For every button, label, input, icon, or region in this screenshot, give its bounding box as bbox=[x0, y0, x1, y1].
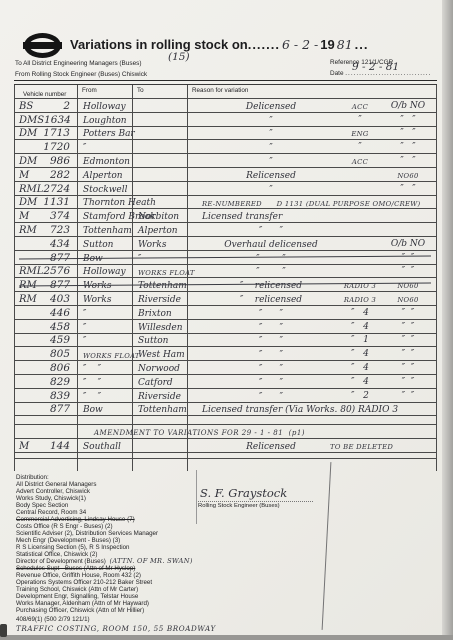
from-cell: ″ ″ bbox=[78, 361, 133, 375]
reason-code: RADIO 3 bbox=[330, 296, 390, 304]
table-row: 829 ″ ″ Catford ″ ″ ″ 4 ″ ″ bbox=[14, 375, 437, 389]
vehicle-cell: 829 bbox=[14, 375, 78, 389]
from-cell: Bow bbox=[78, 251, 133, 265]
reason-note: ″ ″ bbox=[382, 377, 434, 387]
blank-row bbox=[14, 416, 437, 425]
vehicle-type: M bbox=[19, 211, 29, 222]
reason-note: O/b NO bbox=[382, 101, 434, 111]
reason-note: ″ ″ bbox=[382, 322, 434, 332]
vehicle-number: 877 bbox=[50, 252, 70, 264]
reason-text: ″ bbox=[196, 143, 346, 153]
distribution-item: Revenue Office, Griffith House, Room 432… bbox=[16, 572, 193, 579]
reason-cell: ″ ″ ″ ″ bbox=[188, 140, 437, 154]
from-line: From Rolling Stock Engineer (Buses) Chis… bbox=[15, 71, 147, 78]
to-garage: Catford bbox=[138, 378, 173, 388]
reason-text: ″ bbox=[196, 185, 346, 195]
to-cell bbox=[133, 140, 188, 154]
reason-cell: RE-NUMBERED D 1131 (DUAL PURPOSE OMO/CRE… bbox=[188, 196, 437, 210]
to-cell bbox=[133, 196, 188, 210]
reason-text: ″ bbox=[196, 116, 346, 126]
handwritten-year: 81 bbox=[335, 37, 355, 52]
from-cell: Sutton bbox=[78, 237, 133, 251]
table-row: M 374 Stamford Brook Norbiton Licensed t… bbox=[14, 209, 437, 223]
from-garage: Alperton bbox=[83, 171, 123, 181]
table-row: 434 Sutton Works Overhaul delicensed O/b… bbox=[14, 237, 437, 251]
reason-text: ″ bbox=[196, 157, 346, 167]
table-row: M 282 Alperton Relicensed NO60 bbox=[14, 168, 437, 182]
reason-note: ″ ″ bbox=[382, 349, 434, 359]
reason-note: ″ ″ bbox=[382, 128, 434, 138]
fold-line bbox=[322, 462, 332, 630]
reason-text: ″ ″ bbox=[196, 254, 346, 264]
reason-cell: ″ ″ ″ bbox=[188, 182, 437, 196]
distribution-item-text: Mech Engr (Development - Buses) (3) bbox=[16, 537, 120, 544]
vehicle-cell: RM 403 bbox=[14, 292, 78, 306]
distribution-item: Scientific Adviser (2), Distribution Ser… bbox=[16, 530, 193, 537]
reason-text: ″ ″ bbox=[196, 226, 346, 236]
table-row: 446 ″ Brixton ″ ″ ″ 4 ″ ″ bbox=[14, 306, 437, 320]
reason-cell: ″ ENG ″ ″ bbox=[188, 127, 437, 141]
vehicle-number: 374 bbox=[50, 210, 70, 222]
reason-text: Delicensed bbox=[196, 102, 346, 112]
col-label-to: To bbox=[133, 85, 187, 94]
reason-cell: ″ ″ ″ ″ bbox=[188, 265, 437, 279]
header-cell-reason: Reason for variation bbox=[188, 85, 437, 99]
vehicle-cell: 877 bbox=[14, 403, 78, 417]
reason-code: ″ 4 bbox=[330, 322, 390, 332]
vehicle-cell: 839 bbox=[14, 389, 78, 403]
from-cell: Southall bbox=[78, 439, 133, 453]
table-row: DMS 1634 Loughton ″ ″ ″ ″ bbox=[14, 113, 437, 127]
signature-title: Rolling Stock Engineer (Buses) bbox=[198, 503, 280, 509]
vehicle-cell: 805 bbox=[14, 347, 78, 361]
signature-handwritten: S. F. Graystock bbox=[198, 486, 313, 502]
reason-text: Overhaul delicensed bbox=[196, 240, 346, 250]
vehicle-number: 805 bbox=[50, 348, 70, 360]
to-cell: Works bbox=[133, 237, 188, 251]
to-garage: Sutton bbox=[138, 336, 168, 346]
table-row: DM 986 Edmonton ″ ACC ″ ″ bbox=[14, 154, 437, 168]
vehicle-type: RM bbox=[19, 225, 37, 236]
reason-cell: Delicensed ACC O/b NO bbox=[188, 99, 437, 113]
distribution-item-text: Director of Development (Buses) bbox=[16, 558, 106, 565]
reason-text: ″ bbox=[196, 129, 346, 139]
form-code: 408/69(1) (500 2/79 121/1) bbox=[16, 616, 90, 623]
vehicle-cell: M 282 bbox=[14, 168, 78, 182]
amendment-heading: AMENDMENT TO VARIATIONS FOR 29 - 1 - 81 … bbox=[94, 429, 305, 437]
distribution-item-text: Costs Office (R S Engr - Buses) (2) bbox=[16, 523, 113, 530]
to-cell: ″ bbox=[133, 251, 188, 265]
from-garage: Holloway bbox=[83, 267, 126, 277]
distribution-item: Commercial Advertising, Lindsay House (7… bbox=[16, 516, 193, 523]
scan-smudge bbox=[0, 624, 7, 637]
to-cell: Catford bbox=[133, 375, 188, 389]
vehicle-number: 458 bbox=[50, 321, 70, 333]
reason-cell: ″ ″ bbox=[188, 223, 437, 237]
vehicle-cell: DMS 1634 bbox=[14, 113, 78, 127]
reason-text: ″ ″ bbox=[196, 309, 346, 319]
to-cell: Willesden bbox=[133, 320, 188, 334]
reason-note: ″ ″ bbox=[382, 266, 434, 276]
reason-cell: Overhaul delicensed O/b NO bbox=[188, 237, 437, 251]
from-cell: WORKS FLOAT bbox=[78, 347, 133, 361]
from-garage: Stockwell bbox=[83, 185, 127, 195]
to-garage: ″ bbox=[138, 254, 141, 264]
title-text: Variations in rolling stock on bbox=[70, 37, 248, 52]
reason-note: ″ ″ bbox=[382, 363, 434, 373]
distribution-item-text: All District General Managers bbox=[16, 481, 96, 488]
reason-note: ″ ″ bbox=[382, 115, 434, 125]
from-cell: Edmonton bbox=[78, 154, 133, 168]
reason-text: Licensed transfer bbox=[202, 212, 282, 222]
distribution-item-text: Works Study, Chiswick(1) bbox=[16, 495, 86, 502]
reason-code: ″ 4 bbox=[330, 363, 390, 373]
distribution-item-text: Commercial Advertising, Lindsay House (7… bbox=[16, 516, 135, 523]
from-garage: ″ ″ bbox=[83, 364, 101, 374]
distribution-item-text: Training School, Chiswick (Attn of Mr Ca… bbox=[16, 586, 138, 593]
roundel-bar bbox=[23, 42, 62, 49]
reason-text: ″ ″ bbox=[196, 336, 346, 346]
vehicle-number: 446 bbox=[50, 307, 70, 319]
to-cell: Riverside bbox=[133, 292, 188, 306]
to-cell: Norbiton bbox=[133, 209, 188, 223]
table-row: RM 723 Tottenham Alperton ″ ″ bbox=[14, 223, 437, 237]
from-cell: Works bbox=[78, 278, 133, 292]
table-row: BS 2 Holloway Delicensed ACC O/b NO bbox=[14, 99, 437, 113]
reason-cell: ″ ″ ″ ″ bbox=[188, 251, 437, 265]
table-row: RM 403 Works Riverside ″ relicensed RADI… bbox=[14, 292, 437, 306]
reason-text: ″ ″ bbox=[196, 323, 346, 333]
distribution-item-text: Revenue Office, Griffith House, Room 432… bbox=[16, 572, 141, 579]
from-garage: ″ ″ bbox=[83, 378, 101, 388]
reason-note: ″ ″ bbox=[382, 391, 434, 401]
from-cell: Works bbox=[78, 292, 133, 306]
scanned-form-page: Variations in rolling stock on.......6 -… bbox=[0, 0, 453, 640]
london-transport-roundel-logo bbox=[24, 33, 61, 58]
vehicle-number: 1634 bbox=[44, 114, 71, 126]
header-cell-to: To bbox=[133, 85, 188, 99]
reason-text: Relicensed bbox=[196, 171, 346, 181]
vehicle-type: RM bbox=[19, 294, 37, 305]
header-cell-vehicle: Vehicle number bbox=[14, 85, 78, 99]
handwritten-day-month: 6 - 2 - bbox=[280, 37, 320, 52]
to-cell bbox=[133, 99, 188, 113]
vehicle-cell: RM 877 bbox=[14, 278, 78, 292]
vehicle-cell: 877 bbox=[14, 251, 78, 265]
from-garage: ″ ″ bbox=[83, 392, 101, 402]
table-rows: BS 2 Holloway Delicensed ACC O/b NO DMS … bbox=[14, 99, 437, 416]
fold-line bbox=[196, 470, 197, 524]
vehicle-number: 434 bbox=[50, 238, 70, 250]
from-cell: ″ ″ bbox=[78, 375, 133, 389]
vehicle-number: 806 bbox=[50, 362, 70, 374]
distribution-item-text: Advert Controller, Chiswick bbox=[16, 488, 90, 495]
from-garage: Loughton bbox=[83, 116, 127, 126]
from-cell: ″ ″ bbox=[78, 389, 133, 403]
vehicle-number: 723 bbox=[50, 224, 70, 236]
to-garage: Alperton bbox=[138, 226, 178, 236]
vehicle-type: RML bbox=[19, 266, 43, 277]
to-garage: Tottenham bbox=[138, 405, 187, 415]
from-cell: Bow bbox=[78, 403, 133, 417]
reason-text: ″ ″ bbox=[196, 267, 346, 277]
vehicle-number: 2724 bbox=[43, 183, 70, 195]
distribution-item: Central Record, Room 34 bbox=[16, 509, 193, 516]
vehicle-type: DM bbox=[19, 128, 37, 139]
table-row: RML 2576 Holloway WORKS FLOAT ″ ″ ″ ″ bbox=[14, 265, 437, 279]
to-garage: Norbiton bbox=[138, 212, 179, 222]
vehicle-cell: DM 1713 bbox=[14, 127, 78, 141]
to-cell: Tottenham bbox=[133, 278, 188, 292]
from-garage: Works bbox=[83, 281, 111, 291]
vehicle-number: 2 bbox=[63, 100, 70, 112]
from-garage: Holloway bbox=[83, 102, 126, 112]
reason-text: ″ ″ bbox=[196, 378, 346, 388]
distribution-item-text: Statistical Office, Chiswick (2) bbox=[16, 551, 97, 558]
to-cell bbox=[133, 439, 188, 453]
col-label-vehicle: Vehicle number bbox=[19, 89, 66, 98]
variations-table: Vehicle number From To Reason for variat… bbox=[14, 84, 437, 471]
vehicle-type: DMS bbox=[19, 115, 44, 126]
to-garage: Riverside bbox=[138, 392, 181, 402]
from-cell: Holloway bbox=[78, 99, 133, 113]
distribution-item-text: Scientific Adviser (2), Distribution Ser… bbox=[16, 530, 158, 537]
from-cell: ″ bbox=[78, 320, 133, 334]
distribution-item: Body Spec Section bbox=[16, 502, 193, 509]
vehicle-cell: M 144 bbox=[14, 439, 78, 453]
reason-text: RE-NUMBERED D 1131 (DUAL PURPOSE OMO/CRE… bbox=[202, 200, 421, 208]
table-row: RM 877 Works Tottenham ″ relicensed RADI… bbox=[14, 278, 437, 292]
reason-code: ″ 4 bbox=[330, 377, 390, 387]
from-garage: Bow bbox=[83, 254, 103, 264]
reason-code: ″ 2 bbox=[330, 391, 390, 401]
date-label: Date bbox=[330, 70, 344, 77]
reason-cell: ″ ″ ″ 4 ″ ″ bbox=[188, 320, 437, 334]
vehicle-type: M bbox=[19, 441, 29, 452]
amendment-heading-row: AMENDMENT TO VARIATIONS FOR 29 - 1 - 81 … bbox=[14, 425, 437, 439]
reason-code: ″ bbox=[330, 115, 390, 125]
amendment-row-host: M 144 Southall Relicensed TO BE DELETED bbox=[14, 439, 437, 453]
handwritten-copy-count: (15) bbox=[168, 51, 190, 63]
table-header-row: Vehicle number From To Reason for variat… bbox=[14, 85, 437, 99]
reason-code: ″ 4 bbox=[330, 349, 390, 359]
vehicle-number: 1131 bbox=[43, 196, 70, 208]
vehicle-number: 839 bbox=[50, 390, 70, 402]
from-garage: ″ bbox=[83, 143, 86, 153]
reason-cell: ″ ″ ″ 2 ″ ″ bbox=[188, 389, 437, 403]
to-garage: Brixton bbox=[138, 309, 172, 319]
scan-edge-right bbox=[442, 0, 453, 640]
table-row: 877 Bow Tottenham Licensed transfer (Via… bbox=[14, 403, 437, 417]
from-garage: Bow bbox=[83, 405, 103, 415]
reason-note: ″ ″ bbox=[382, 253, 434, 263]
vehicle-number: 1713 bbox=[43, 127, 70, 139]
to-cell: Norwood bbox=[133, 361, 188, 375]
distribution-item: All District General Managers bbox=[16, 481, 193, 488]
distribution-item: Training School, Chiswick (Attn of Mr Ca… bbox=[16, 586, 193, 593]
title-dots-right: ... bbox=[355, 37, 369, 52]
from-cell: Tottenham bbox=[78, 223, 133, 237]
distribution-block: Distribution: All District General Manag… bbox=[16, 474, 193, 614]
distribution-item-text: R S Licensing Section (5), R S Inspectio… bbox=[16, 544, 130, 551]
distribution-heading: Distribution: bbox=[16, 474, 193, 481]
vehicle-number: 2576 bbox=[43, 265, 70, 277]
reason-cell: Licensed transfer bbox=[188, 209, 437, 223]
from-garage: Potters Bar bbox=[83, 129, 135, 139]
col-label-from: From bbox=[78, 85, 132, 94]
reason-note: ″ ″ bbox=[382, 142, 434, 152]
table-row: DM 1713 Potters Bar ″ ENG ″ ″ bbox=[14, 127, 437, 141]
to-garage: Works bbox=[138, 240, 166, 250]
reason-code: ACC bbox=[330, 103, 390, 111]
to-garage: Riverside bbox=[138, 295, 181, 305]
reason-cell: ″ ACC ″ ″ bbox=[188, 154, 437, 168]
distribution-item-text: Schedules Supt - Buses (Attn of Mr Hyslo… bbox=[16, 565, 135, 572]
distribution-item-text: Operations Systems Officer 210-212 Baker… bbox=[16, 579, 152, 586]
from-cell: ″ bbox=[78, 140, 133, 154]
header-cell-from: From bbox=[78, 85, 133, 99]
from-cell: Stockwell bbox=[78, 182, 133, 196]
to-cell: Alperton bbox=[133, 223, 188, 237]
vehicle-cell: DM 1131 bbox=[14, 196, 78, 210]
from-cell: Stamford Brook bbox=[78, 209, 133, 223]
to-garage: West Ham bbox=[138, 350, 185, 360]
from-garage: Sutton bbox=[83, 240, 113, 250]
vehicle-number: 986 bbox=[50, 155, 70, 167]
table-row: 458 ″ Willesden ″ ″ ″ 4 ″ ″ bbox=[14, 320, 437, 334]
distribution-item: Costs Office (R S Engr - Buses) (2) bbox=[16, 523, 193, 530]
scan-edge-bottom bbox=[0, 635, 453, 640]
handwritten-attn-note: (ATTN. OF MR. SWAN) bbox=[110, 557, 193, 565]
from-garage: ″ bbox=[83, 323, 86, 333]
distribution-item-text: Development Engr, Signalling, Telstar Ho… bbox=[16, 593, 138, 600]
distribution-item: Advert Controller, Chiswick bbox=[16, 488, 193, 495]
to-cell: Riverside bbox=[133, 389, 188, 403]
from-cell: ″ bbox=[78, 334, 133, 348]
reason-note: ″ ″ bbox=[382, 184, 434, 194]
reason-cell: ″ ″ ″ 4 ″ ″ bbox=[188, 306, 437, 320]
to-cell: Sutton bbox=[133, 334, 188, 348]
reason-text: Licensed transfer (Via Works. 80) RADIO … bbox=[202, 405, 398, 415]
distribution-item: Operations Systems Officer 210-212 Baker… bbox=[16, 579, 193, 586]
reason-cell: ″ ″ ″ 4 ″ ″ bbox=[188, 347, 437, 361]
distribution-item-text: Central Record, Room 34 bbox=[16, 509, 86, 516]
table-row: 877 Bow ″ ″ ″ ″ ″ bbox=[14, 251, 437, 265]
vehicle-type: RM bbox=[19, 280, 37, 291]
from-cell: Loughton bbox=[78, 113, 133, 127]
vehicle-cell: BS 2 bbox=[14, 99, 78, 113]
title-year-printed: 19 bbox=[320, 37, 334, 52]
to-cell bbox=[133, 168, 188, 182]
distribution-item: Mech Engr (Development - Buses) (3) bbox=[16, 537, 193, 544]
table-row: 459 ″ Sutton ″ ″ ″ 1 ″ ″ bbox=[14, 334, 437, 348]
reason-cell: ″ ″ ″ 4 ″ ″ bbox=[188, 375, 437, 389]
vehicle-cell: RML 2576 bbox=[14, 265, 78, 279]
title-dots: ....... bbox=[248, 37, 280, 52]
reason-text: ″ ″ bbox=[196, 350, 346, 360]
reason-note: ″ ″ bbox=[382, 335, 434, 345]
vehicle-number: 144 bbox=[50, 440, 70, 452]
distribution-item: R S Licensing Section (5), R S Inspectio… bbox=[16, 544, 193, 551]
from-garage: Southall bbox=[83, 442, 121, 452]
to-cell bbox=[133, 113, 188, 127]
from-cell: Potters Bar bbox=[78, 127, 133, 141]
vehicle-number: 459 bbox=[50, 334, 70, 346]
handwritten-footer-note: TRAFFIC COSTING, ROOM 150, 55 BROADWAY bbox=[16, 624, 216, 633]
handwritten-date: 9 - 2 - 81 bbox=[352, 61, 399, 73]
distribution-list: All District General Managers Advert Con… bbox=[16, 481, 193, 614]
vehicle-cell: 446 bbox=[14, 306, 78, 320]
table-row: 1720 ″ ″ ″ ″ ″ bbox=[14, 140, 437, 154]
vehicle-type: RML bbox=[19, 184, 43, 195]
reason-code: ACC bbox=[330, 158, 390, 166]
vehicle-type: DM bbox=[19, 197, 37, 208]
table-row: RML 2724 Stockwell ″ ″ ″ bbox=[14, 182, 437, 196]
to-cell: West Ham bbox=[133, 347, 188, 361]
distribution-item-text: Works Manager, Aldenham (Attn of Mr Hayw… bbox=[16, 600, 149, 607]
table-row: 805 WORKS FLOAT West Ham ″ ″ ″ 4 ″ ″ bbox=[14, 347, 437, 361]
to-cell bbox=[133, 127, 188, 141]
vehicle-cell: DM 986 bbox=[14, 154, 78, 168]
reason-note: O/b NO bbox=[382, 239, 434, 249]
reason-text: ″ ″ bbox=[196, 364, 346, 374]
from-cell: Alperton bbox=[78, 168, 133, 182]
to-garage: Tottenham bbox=[138, 281, 187, 291]
reason-cell: ″ relicensed RADIO 3 NO60 bbox=[188, 278, 437, 292]
distribution-item-text: Purchasing Officer, Chiswick (Attn of Mr… bbox=[16, 607, 144, 614]
from-cell: ″ bbox=[78, 306, 133, 320]
from-garage: WORKS FLOAT bbox=[83, 352, 140, 360]
reason-cell: ″ ″ ″ ″ bbox=[188, 113, 437, 127]
vehicle-type: DM bbox=[19, 156, 37, 167]
table-row: DM 1131 Thornton Heath RE-NUMBERED D 113… bbox=[14, 196, 437, 210]
reason-cell: Licensed transfer (Via Works. 80) RADIO … bbox=[188, 403, 437, 417]
reason-cell: Relicensed TO BE DELETED bbox=[188, 439, 437, 453]
vehicle-number: 282 bbox=[50, 169, 70, 181]
distribution-item: Schedules Supt - Buses (Attn of Mr Hyslo… bbox=[16, 565, 193, 572]
reason-cell: Relicensed NO60 bbox=[188, 168, 437, 182]
table-row: 839 ″ ″ Riverside ″ ″ ″ 2 ″ ″ bbox=[14, 389, 437, 403]
vehicle-cell: 458 bbox=[14, 320, 78, 334]
vehicle-type: BS bbox=[19, 101, 33, 112]
distribution-item-text: Body Spec Section bbox=[16, 502, 68, 509]
reason-note: NO60 bbox=[382, 282, 434, 290]
reason-code: TO BE DELETED bbox=[330, 443, 393, 451]
reason-code: ″ 1 bbox=[330, 335, 390, 345]
vehicle-cell: 434 bbox=[14, 237, 78, 251]
reason-code: ″ bbox=[330, 142, 390, 152]
reason-code: ENG bbox=[330, 130, 390, 138]
distribution-item: Works Study, Chiswick(1) bbox=[16, 495, 193, 502]
reason-cell: ″ ″ ″ 1 ″ ″ bbox=[188, 334, 437, 348]
form-title: Variations in rolling stock on.......6 -… bbox=[70, 37, 369, 52]
reason-note: NO60 bbox=[382, 172, 434, 180]
reason-cell: ″ relicensed RADIO 3 NO60 bbox=[188, 292, 437, 306]
reason-note: ″ ″ bbox=[382, 156, 434, 166]
header-rule bbox=[14, 80, 437, 81]
vehicle-number: 877 bbox=[50, 279, 70, 291]
from-cell: Holloway bbox=[78, 265, 133, 279]
to-garage: WORKS FLOAT bbox=[138, 269, 195, 277]
to-garage: Willesden bbox=[138, 323, 183, 333]
vehicle-number: 403 bbox=[50, 293, 70, 305]
table-tail-row bbox=[14, 459, 437, 471]
vehicle-cell: M 374 bbox=[14, 209, 78, 223]
to-cell: Tottenham bbox=[133, 403, 188, 417]
reason-cell: ″ ″ ″ 4 ″ ″ bbox=[188, 361, 437, 375]
reason-note: ″ ″ bbox=[382, 308, 434, 318]
reason-code: RADIO 3 bbox=[330, 282, 390, 290]
